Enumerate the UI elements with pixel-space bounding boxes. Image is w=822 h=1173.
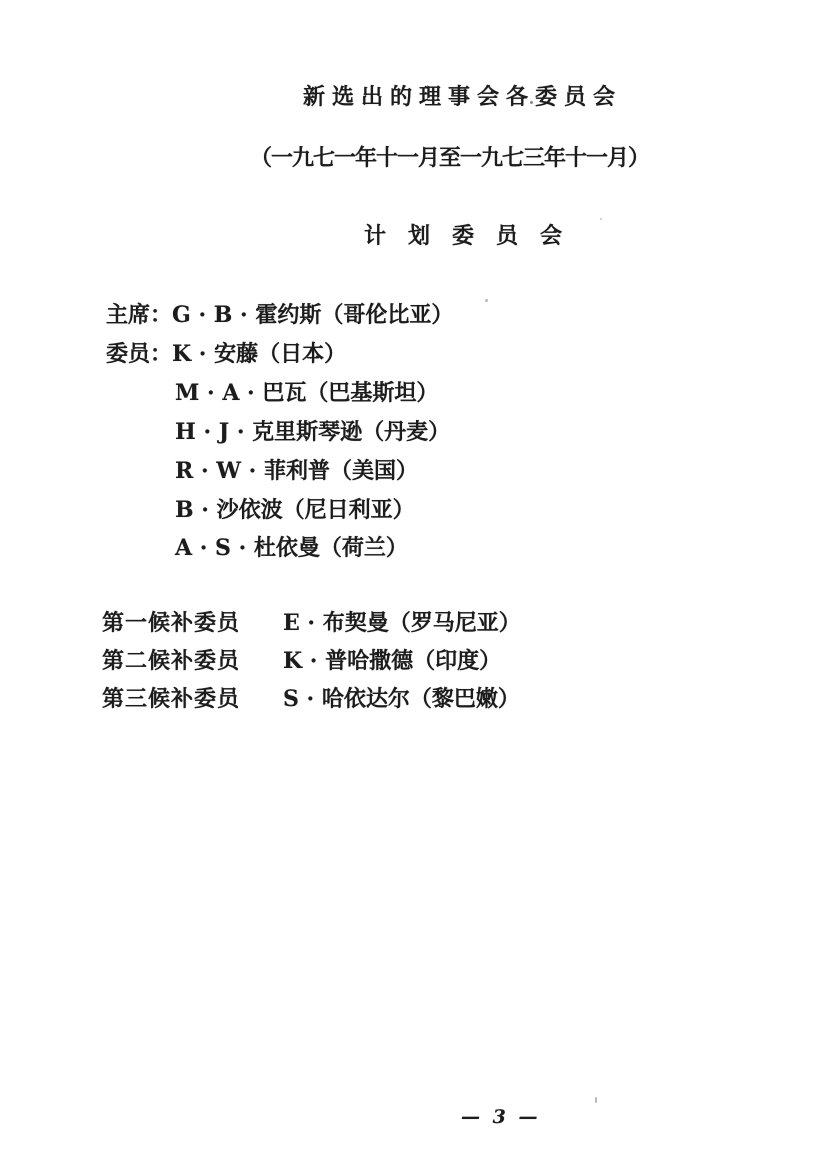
- scan-speck: [485, 299, 488, 302]
- member-name: K · 安藤（日本）: [172, 341, 346, 367]
- member-row: R · W · 菲利普（美国）: [175, 454, 418, 485]
- chairman-row: 主席：G · B · 霍约斯（哥伦比亚）: [106, 298, 453, 329]
- alternate-row: 第二候补委员K · 普哈撒德（印度）: [102, 644, 501, 675]
- member-name: R · W · 菲利普（美国）: [175, 458, 418, 484]
- member-row: 委员：K · 安藤（日本）: [106, 337, 346, 368]
- scanned-document-page: 新选出的理事会各委员会 （一九七一年十一月至一九七三年十一月） 计划委员会 主席…: [0, 0, 822, 1173]
- chairman-label: 主席：: [106, 298, 172, 329]
- alternate-row: 第三候补委员S · 哈依达尔（黎巴嫩）: [102, 682, 520, 713]
- member-row: H · J · 克里斯琴逊（丹麦）: [175, 415, 450, 446]
- alternate-label: 第一候补委员: [102, 606, 283, 637]
- member-name: M · A · 巴瓦（巴基斯坦）: [175, 380, 438, 406]
- alternate-name: E · 布契曼（罗马尼亚）: [283, 610, 521, 636]
- chairman-name: G · B · 霍约斯（哥伦比亚）: [172, 302, 453, 328]
- member-row: B · 沙依波（尼日利亚）: [175, 493, 415, 524]
- document-subtitle: （一九七一年十一月至一九七三年十一月）: [250, 141, 649, 172]
- section-title: 计划委员会: [364, 219, 584, 250]
- alternate-name: K · 普哈撒德（印度）: [283, 648, 501, 674]
- members-label: 委员：: [106, 337, 172, 368]
- alternate-row: 第一候补委员E · 布契曼（罗马尼亚）: [102, 606, 521, 637]
- scan-speck: [595, 1097, 597, 1103]
- member-name: B · 沙依波（尼日利亚）: [175, 497, 415, 523]
- page-number: — 3 —: [461, 1106, 540, 1128]
- member-row: M · A · 巴瓦（巴基斯坦）: [175, 376, 438, 407]
- scan-speck: [530, 101, 533, 104]
- document-title: 新选出的理事会各委员会: [303, 80, 622, 111]
- scan-speck: [600, 218, 602, 220]
- alternate-label: 第二候补委员: [102, 644, 283, 675]
- member-row: A · S · 杜依曼（荷兰）: [175, 531, 408, 562]
- alternate-name: S · 哈依达尔（黎巴嫩）: [283, 686, 520, 712]
- member-name: H · J · 克里斯琴逊（丹麦）: [175, 419, 450, 445]
- member-name: A · S · 杜依曼（荷兰）: [175, 535, 408, 561]
- alternate-label: 第三候补委员: [102, 682, 283, 713]
